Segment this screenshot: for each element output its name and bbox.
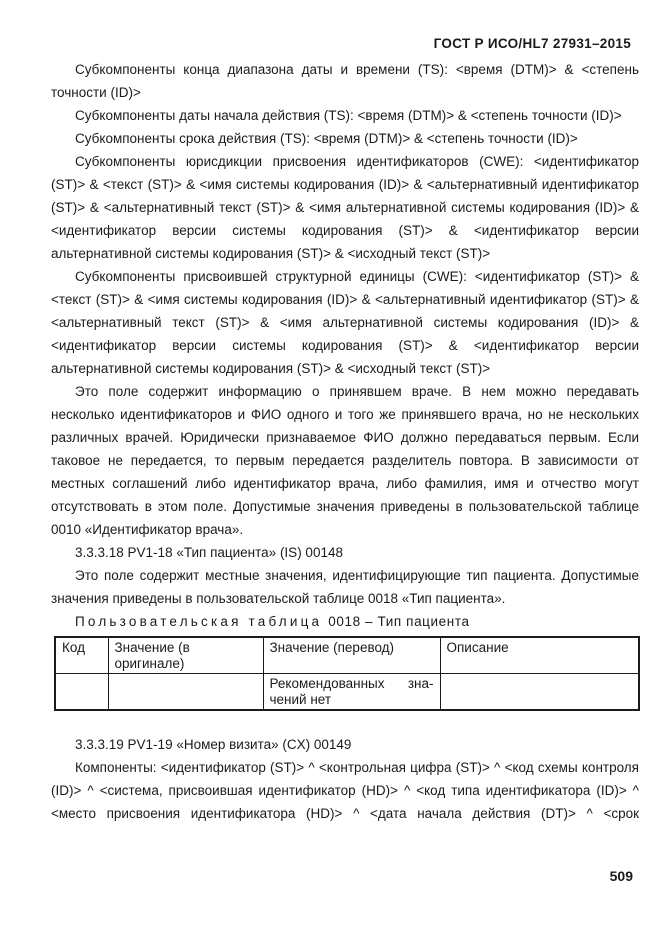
cell-value-translated-line2: чений нет	[270, 692, 434, 708]
table-row: Рекомендованных зна- чений нет	[55, 674, 639, 711]
paragraph-subcomponents-start-date: Субкомпоненты даты начала действия (TS):…	[51, 104, 639, 127]
document-page: ГОСТ Р ИСО/HL7 27931–2015 Субкомпоненты …	[0, 0, 661, 935]
table-header-row: Код Значение (в оригинале) Значение (пер…	[55, 637, 639, 674]
page-content: Субкомпоненты конца диапазона даты и вре…	[51, 58, 639, 825]
column-header-value-original: Значение (в оригинале)	[108, 637, 263, 674]
paragraph-patient-type: Это поле содержит местные значения, иден…	[51, 564, 639, 610]
column-header-code: Код	[55, 637, 108, 674]
table-caption-title: Пользовательская таблица	[75, 614, 322, 629]
paragraph-subcomponents-jurisdiction: Субкомпоненты юрисдикции присвоения иден…	[51, 150, 639, 265]
column-header-description: Описание	[440, 637, 639, 674]
paragraph-subcomponents-range-end: Субкомпоненты конца диапазона даты и вре…	[51, 58, 639, 104]
cell-code	[55, 674, 108, 711]
user-table-0018: Код Значение (в оригинале) Значение (пер…	[54, 636, 640, 711]
column-header-value-translated: Значение (перевод)	[263, 637, 440, 674]
cell-description	[440, 674, 639, 711]
paragraph-visit-number-components: Компоненты: <идентификатор (ST)> ^ <конт…	[51, 756, 639, 825]
page-number: 509	[610, 868, 633, 884]
table-caption: Пользовательская таблица0018 – Тип пацие…	[51, 610, 639, 633]
paragraph-subcomponents-org-unit: Субкомпоненты присвоившей структурной ед…	[51, 265, 639, 380]
paragraph-subcomponents-validity: Субкомпоненты срока действия (TS): <врем…	[51, 127, 639, 150]
cell-value-translated-line1: Рекомендованных зна-	[270, 676, 434, 692]
cell-value-original	[108, 674, 263, 711]
cell-value-translated: Рекомендованных зна- чений нет	[263, 674, 440, 711]
standard-header: ГОСТ Р ИСО/HL7 27931–2015	[434, 36, 631, 51]
paragraph-admitting-doctor: Это поле содержит информацию о принявшем…	[51, 380, 639, 541]
heading-pv1-19: 3.3.3.19 PV1-19 «Номер визита» (CX) 0014…	[51, 733, 639, 756]
table-caption-number: 0018 – Тип пациента	[328, 614, 469, 629]
heading-pv1-18: 3.3.3.18 PV1-18 «Тип пациента» (IS) 0014…	[51, 541, 639, 564]
